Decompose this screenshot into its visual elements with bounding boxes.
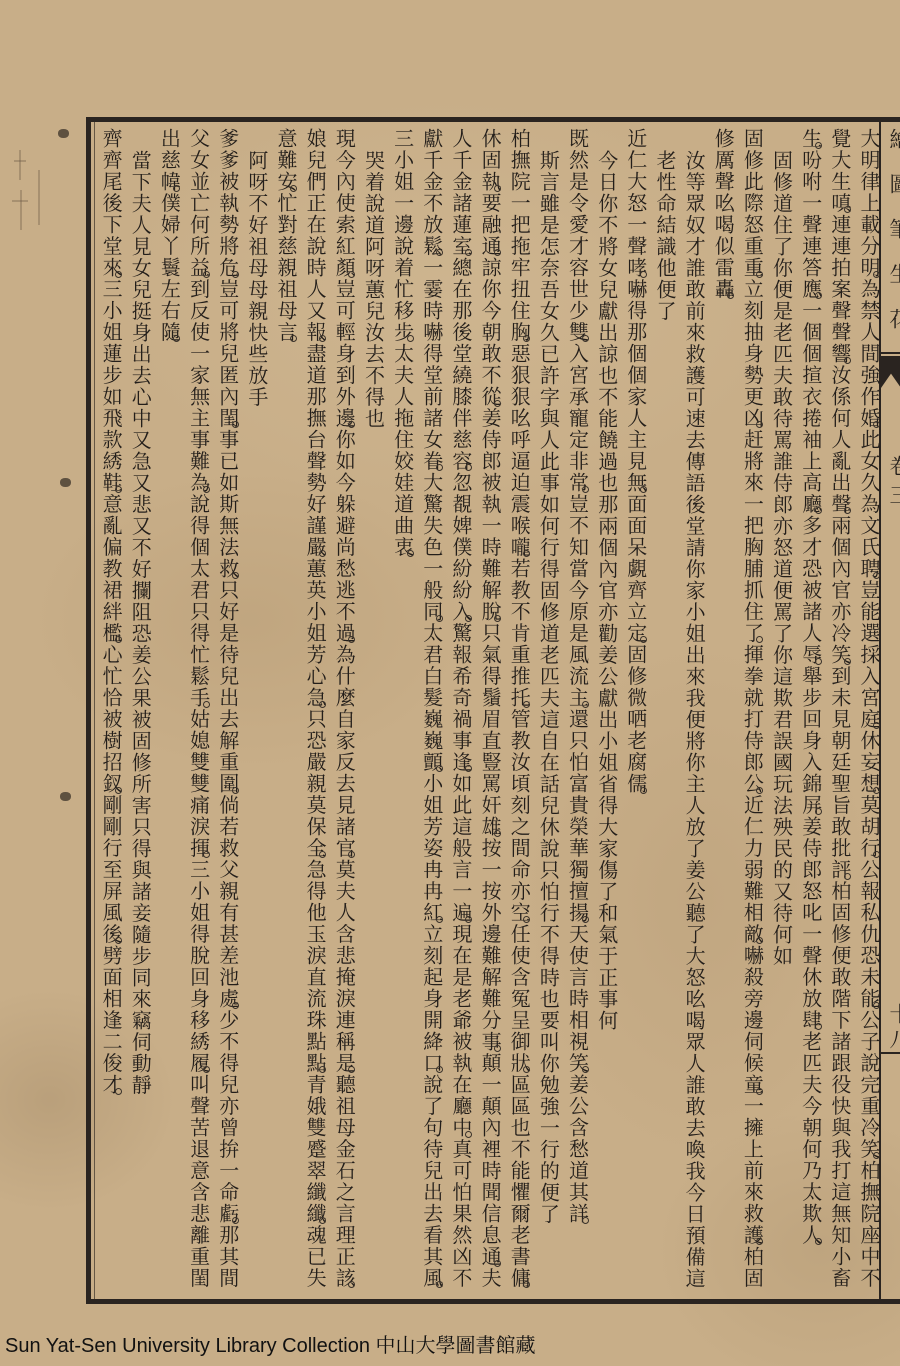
text-column-verse: 三小姐一邊說着忙移步太夫人拖住姣娃道曲衷 — [391, 128, 415, 558]
text-column-verse: 意難安忙對慈親祖母言 — [274, 128, 298, 343]
banxin-page-rule — [881, 1052, 900, 1054]
text-column-prose: 老性命結識他便了 — [653, 150, 677, 322]
collection-caption: Sun Yat-Sen University Library Collectio… — [5, 1329, 536, 1358]
text-column-prose: 固修道住了你便是老匹夫敢待罵誰侍郎亦怒道便罵了你這欺君誤國玩法殃民的又待何如 — [770, 150, 794, 967]
text-column-verse: 娘兒們正在說時人又報盡道那撫台聲勢好謹嚴蕙英小姐芳心急只恐嚴親莫保全急得他玉淚直… — [303, 128, 327, 1289]
text-column-verse: 柏撫院一把拖牢扭住胸惡狠狠吆呼逼迫震喉嚨若教不肯重推托管教汝頃刻之間命亦空任使含… — [507, 128, 531, 1289]
text-column-verse: 修厲聲吆喝似雷轟 — [711, 128, 735, 300]
book-page: 繪圖筆生花 卷三 十八 大明律上載分明為禁人間強作婚此女久為文氏聘豈能選採入宮庭… — [0, 0, 900, 1366]
text-column-prose: 斯言雖是怎奈吾女久已許字與人此事如何行得固修道老匹夫這自在話兒休說只怕行不得時也… — [536, 150, 560, 1225]
page-border-inner-line — [94, 122, 95, 1299]
text-column-verse: 齊齊尾後下堂來三小姐蓮步如飛款綉鞋意亂偏教裙絆檻心忙恰被樹招釵剛剛行至屏風後劈面… — [99, 128, 123, 1096]
binding-hole — [58, 129, 69, 138]
text-column-verse: 生吩咐一聲連答應一個個揎衣捲袖上高廳多才恐被諸人辱舉步回身入錦屏姜侍郎怒叱一聲休… — [799, 128, 823, 1246]
text-column-verse: 固修此際怒重重立刻抽身勢更凶赶將來一把胸脯抓住了揮拳就打侍郎公近仁力弱難相敵嚇殺… — [740, 128, 764, 1289]
banxin-page-number: 十八 — [884, 1003, 900, 1053]
text-column-verse: 大明律上載分明為禁人間強作婚此女久為文氏聘豈能選採入宮庭休妄想莫胡行公報私仇恐未… — [857, 128, 881, 1289]
text-column-verse: 現今內使索紅顏豈可輕身到外邊你如今躲避尚愁逃不過為什麼自家反去見諸官莫夫人含悲掩… — [332, 128, 356, 1289]
text-column-verse: 覺大生嗔連連拍案聲聲響汝係何人亂出聲兩個內官亦冷笑到未見朝廷聖旨敢批評柏固修便敢… — [828, 128, 852, 1289]
binding-hole — [60, 792, 71, 801]
banxin-book-title: 繪圖筆生花 — [884, 128, 900, 353]
banxin-volume-label: 卷三 — [884, 455, 900, 513]
text-column-verse: 既然是令愛才容世少雙入宮承寵定非常豈不知當今原是風流主還只怕富貴榮華獨擅揚天使言… — [566, 128, 590, 1225]
text-column-prose: 汝等眾奴才誰敢前來救護可速去傳語後堂請你家小姐出來我便將你主人放了姜公聽了大怒吆… — [682, 150, 706, 1290]
text-column-prose: 哭着說道阿呀蕙兒汝去不得也 — [362, 150, 386, 430]
binding-hole — [60, 478, 71, 487]
text-column-verse: 出慈幃僕婦丫鬟左右隨 — [157, 128, 181, 343]
text-column-verse: 獻千金不放鬆一霎時嚇得堂前諸女眷大驚失色一般同太君白髮巍巍顫小姐芳姿冉冉紅立刻起… — [420, 128, 444, 1289]
text-column-verse: 人千金諸蓮室總在那後堂繞膝伴慈容忽覩婢僕紛紛入驚報希奇禍事逢如此這般言一遍現在是… — [449, 128, 473, 1289]
text-column-verse: 休固執要融通諒你今朝敢不從姜侍郎被執一時難解脫只氣得鬚眉直豎罵奸雄按一按外邊難解… — [478, 128, 502, 1289]
margin-stroke — [38, 170, 40, 225]
text-column-verse: 爹爹被執勢將危豈可將兒匿內閨事已如斯無法救只好是待兒出去解重圍倘若救父親有甚差池… — [216, 128, 240, 1289]
margin-stroke — [19, 150, 21, 180]
text-column-prose: 今日你不將女兒獻出諒也不能饒過也那兩個內官亦勸姜公獻出小姐省得大家傷了和氣于正事… — [595, 150, 619, 1032]
text-column-verse: 近仁大怒一聲哮嚇得那個個家人主見無面面呆覷齊立定固修微哂老腐儒 — [624, 128, 648, 795]
text-column-prose: 當下夫人見女兒挺身出去心中又急又悲又不好攔阻恐姜公果被固修所害只得與諸妾隨步同來… — [128, 150, 152, 1096]
fishtail-rule — [881, 352, 900, 354]
text-column-prose: 阿呀不好祖母母親快些放手 — [245, 150, 269, 408]
text-column-verse: 父女並亡何所益到反使一家無主事難為說得個太君只得忙鬆手姑媳雙雙痛淚揮三小姐得脫回… — [187, 128, 211, 1289]
margin-stroke — [20, 190, 22, 230]
